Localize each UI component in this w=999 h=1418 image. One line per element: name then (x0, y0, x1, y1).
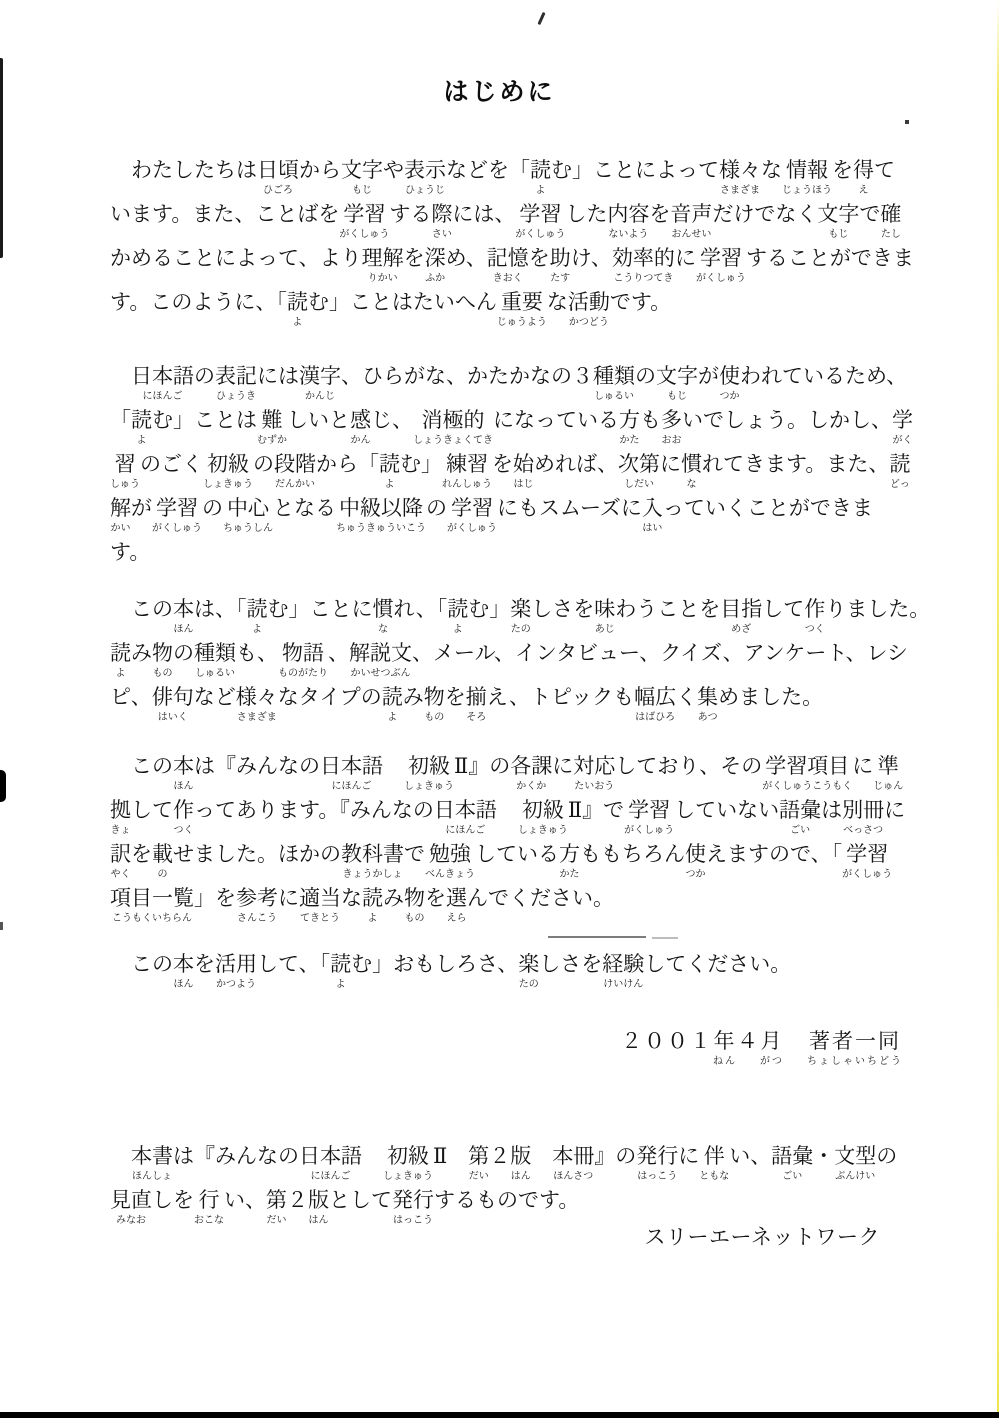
text-line: この 本ほんを 活用かつようして、「 読よむ」おもしろさ、 楽たのしさを 経験け… (110, 950, 999, 994)
paragraph-closing: この 本ほんを 活用かつようして、「 読よむ」おもしろさ、 楽たのしさを 経験け… (110, 950, 999, 994)
date-and-authors-line: ２００１ 年ねん４ 月がつ 著者一同ちょしゃいちどう (110, 1027, 999, 1071)
page-title: はじめに (0, 0, 999, 110)
text-line: わたしたちは 日頃ひごろから 文字もじや 表示ひょうじなどを「 読よむ」ことによ… (110, 156, 999, 200)
scan-artifact-speck (905, 120, 909, 124)
text-line: この 本ほんは、「 読よむ」ことに 慣なれ、「 読よむ」 楽たのしさを 味あじわ… (110, 595, 999, 639)
paragraph-minna-correspondence: この 本ほんは『みんなの 日本語にほんご 初級しょきゅうⅡ』の 各課かくかに 対… (110, 752, 999, 928)
text-line: 項目一覧こうもくいちらん」を 参考さんこうに 適当てきとうな 読よみ 物ものを … (110, 884, 999, 928)
paragraph-book-goal: この 本ほんは、「 読よむ」ことに 慣なれ、「 読よむ」 楽たのしさを 味あじわ… (110, 595, 999, 727)
text-line: 本書ほんしょは『みんなの 日本語にほんご 初級しょきゅうⅡ 第だい２ 版はん 本… (110, 1142, 999, 1186)
text-line: す。 (110, 538, 999, 582)
text-line: 拠きょして 作つくってあります。『みんなの 日本語にほんご 初級しょきゅうⅡ』で… (110, 796, 999, 840)
text-line: 読よみ 物ものの 種類しゅるいも、 物語ものがたり、 解説文かいせつぶん、メール… (110, 639, 999, 683)
text-line: この 本ほんは『みんなの 日本語にほんご 初級しょきゅうⅡ』の 各課かくかに 対… (110, 752, 999, 796)
second-edition-note: 本書ほんしょは『みんなの 日本語にほんご 初級しょきゅうⅡ 第だい２ 版はん 本… (110, 1142, 999, 1230)
text-line: います。また、ことばを 学習がくしゅうする 際さいには、 学習がくしゅうした 内… (110, 200, 999, 244)
text-line: す。このように、「 読よむ」ことはたいへん 重要じゅうような 活動かつどうです。 (110, 288, 999, 332)
page-content: わたしたちは 日頃ひごろから 文字もじや 表示ひょうじなどを「 読よむ」ことによ… (0, 156, 999, 1252)
scan-artifact-bottom-bar (0, 1412, 999, 1418)
text-line: 解かいが 学習がくしゅうの 中心ちゅうしんとなる 中級以降ちゅうきゅういこうの … (110, 494, 999, 538)
scanned-page: はじめに わたしたちは 日頃ひごろから 文字もじや 表示ひょうじなどを「 読よむ… (0, 0, 999, 1418)
text-line: 習しゅうのごく 初級しょきゅうの 段階だんかいから「 読よむ」 練習れんしゅうを… (110, 450, 999, 494)
paragraph-scripts-practice: 日本語にほんごの 表記ひょうきには 漢字かんじ、ひらがな、かたかなの３ 種類しゅ… (110, 362, 999, 582)
text-line: ピ、 俳句はいくなど 様々さまざまなタイプの 読よみ 物ものを 揃そろえ、トピッ… (110, 683, 999, 727)
text-line: 日本語にほんごの 表記ひょうきには 漢字かんじ、ひらがな、かたかなの３ 種類しゅ… (110, 362, 999, 406)
text-line: 訳やくを 載のせました。ほかの 教科書きょうかしょで 勉強べんきょうしている 方… (110, 840, 999, 884)
text-line: 「 読よむ」ことは 難むずかしいと 感かんじ、 消極的しょうきょくてきになってい… (110, 406, 999, 450)
text-line: かめることによって、より 理解りかいを 深ふかめ、 記憶きおくを 助たすけ、 効… (110, 244, 999, 288)
paragraph-reading-importance: わたしたちは 日頃ひごろから 文字もじや 表示ひょうじなどを「 読よむ」ことによ… (110, 156, 999, 332)
